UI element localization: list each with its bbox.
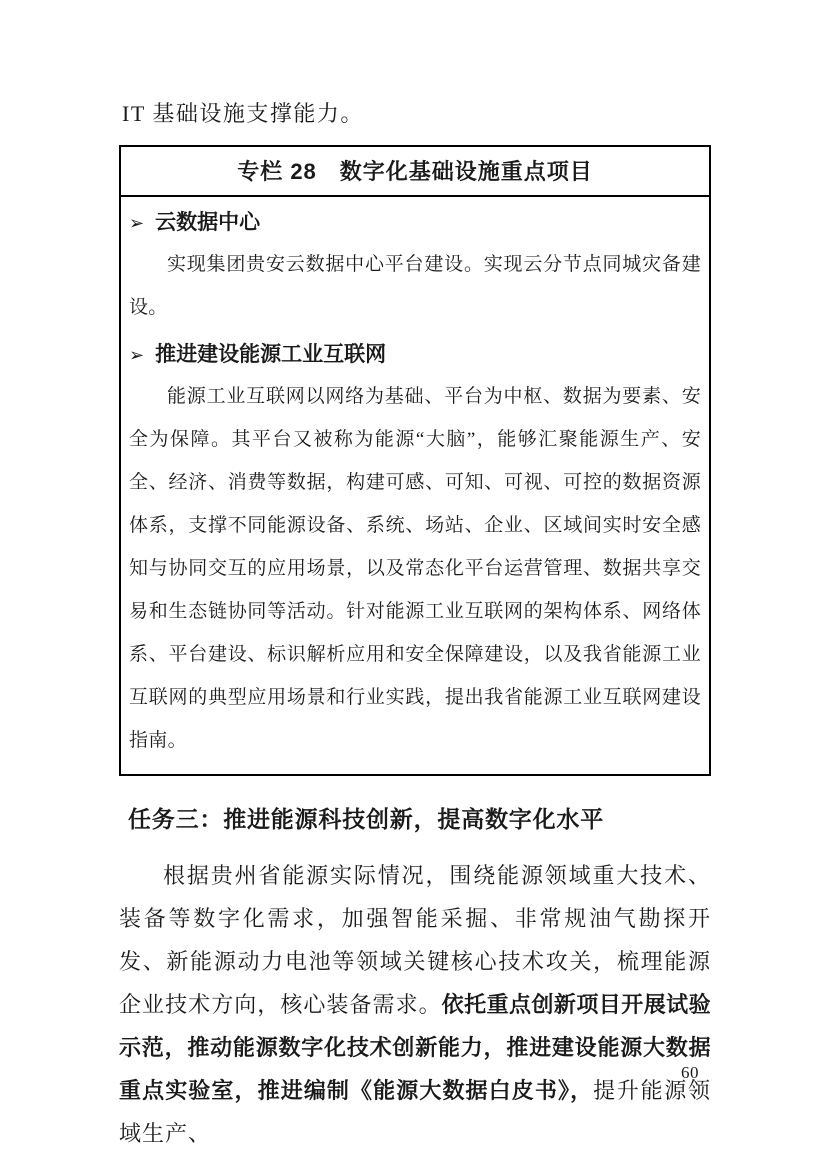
box-item-heading-row: ➢ 云数据中心 (129, 208, 701, 238)
box-item-heading: 云数据中心 (155, 208, 260, 238)
arrow-bullet-icon: ➢ (129, 208, 144, 238)
feature-box-content: ➢ 云数据中心 实现集团贵安云数据中心平台建设。实现云分节点同城灾备建设。 ➢ … (121, 208, 709, 774)
box-item-body: 能源工业互联网以网络为基础、平台为中枢、数据为要素、安全为保障。其平台又被称为能… (129, 375, 701, 762)
intro-paragraph-tail: IT 基础设施支撑能力。 (122, 100, 711, 128)
feature-box: 专栏 28 数字化基础设施重点项目 ➢ 云数据中心 实现集团贵安云数据中心平台建… (119, 145, 711, 776)
section-paragraph: 根据贵州省能源实际情况，围绕能源领域重大技术、装备等数字化需求，加强智能采掘、非… (119, 854, 711, 1155)
box-item-heading-row: ➢ 推进建设能源工业互联网 (129, 340, 701, 370)
arrow-bullet-icon: ➢ (129, 340, 144, 370)
document-page: IT 基础设施支撑能力。 专栏 28 数字化基础设施重点项目 ➢ 云数据中心 实… (0, 0, 826, 1169)
box-item-heading: 推进建设能源工业互联网 (155, 340, 386, 370)
section-heading: 任务三：推进能源科技创新，提高数字化水平 (119, 803, 711, 835)
content-area: IT 基础设施支撑能力。 专栏 28 数字化基础设施重点项目 ➢ 云数据中心 实… (119, 100, 711, 1155)
feature-box-title: 专栏 28 数字化基础设施重点项目 (121, 147, 709, 197)
box-item-body: 实现集团贵安云数据中心平台建设。实现云分节点同城灾备建设。 (129, 243, 701, 329)
page-number: 60 (681, 1063, 699, 1083)
